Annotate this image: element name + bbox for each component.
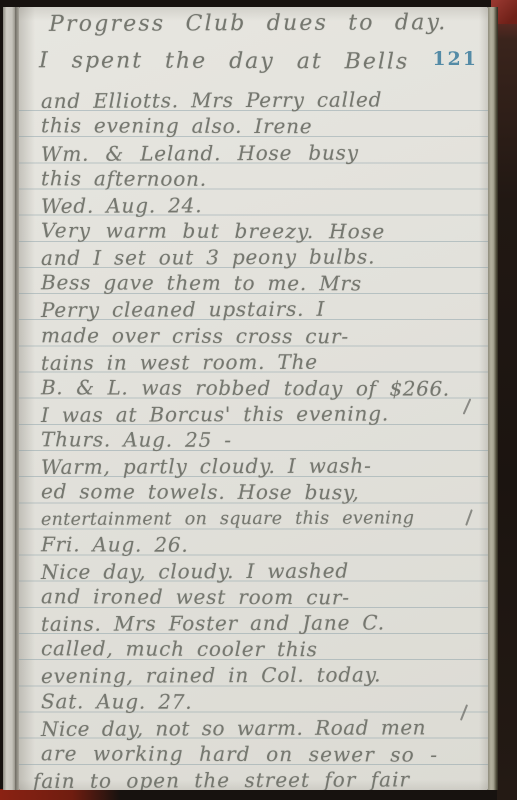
diary-line: Warm, partly cloudy. I wash- <box>31 452 488 480</box>
diary-line: and ironed west room cur- <box>31 583 488 611</box>
diary-line: Nice day, not so warm. Road men <box>31 714 488 742</box>
diary-line: Perry cleaned upstairs. I <box>31 295 488 323</box>
diary-line: I spent the day at Bells <box>31 48 488 76</box>
diary-page: 121 Progress Club dues to day. I spent t… <box>19 7 488 790</box>
diary-line: fain to open the street for fair <box>31 766 488 790</box>
diary-line: made over criss cross cur- <box>31 322 488 350</box>
diary-line: evening, rained in Col. today. <box>31 661 488 689</box>
handwriting-block: Progress Club dues to day. I spent the d… <box>31 9 488 790</box>
diary-line: tains in west room. The <box>31 348 488 376</box>
diary-line: are working hard on sewer so - <box>31 740 488 768</box>
diary-line: tains. Mrs Foster and Jane C. <box>31 609 488 637</box>
diary-line: this afternoon. <box>31 165 488 193</box>
diary-line: Wm. & Leland. Hose busy <box>31 139 488 167</box>
diary-entry-date: Thurs. Aug. 25 - <box>31 426 488 454</box>
diary-entry-date: Sat. Aug. 27. <box>31 688 488 716</box>
diary-entry-date: Fri. Aug. 26. <box>31 531 488 559</box>
diary-line: ed some towels. Hose busy, <box>31 479 488 507</box>
diary-entry-date: Wed. Aug. 24. <box>31 191 488 219</box>
diary-line: and Elliotts. Mrs Perry called <box>31 86 488 114</box>
diary-line: entertainment on square this evening <box>31 505 488 533</box>
cover-right-edge <box>497 0 517 800</box>
diary-line: B. & L. was robbed today of $266. <box>31 374 488 402</box>
diary-line: Nice day, cloudy. I washed <box>31 557 488 585</box>
page-stack-edge <box>488 7 498 790</box>
cover-corner-bottom-left <box>0 789 120 800</box>
facing-page-edge <box>3 7 15 790</box>
diary-line: and I set out 3 peony bulbs. <box>31 243 488 271</box>
diary-line: this evening also. Irene <box>31 113 488 141</box>
diary-line: Progress Club dues to day. <box>31 10 488 38</box>
diary-line: I was at Borcus' this evening. <box>31 400 488 428</box>
diary-line: called, much cooler this <box>31 635 488 663</box>
diary-line: Very warm but breezy. Hose <box>31 217 488 245</box>
diary-line: Bess gave them to me. Mrs <box>31 269 488 297</box>
